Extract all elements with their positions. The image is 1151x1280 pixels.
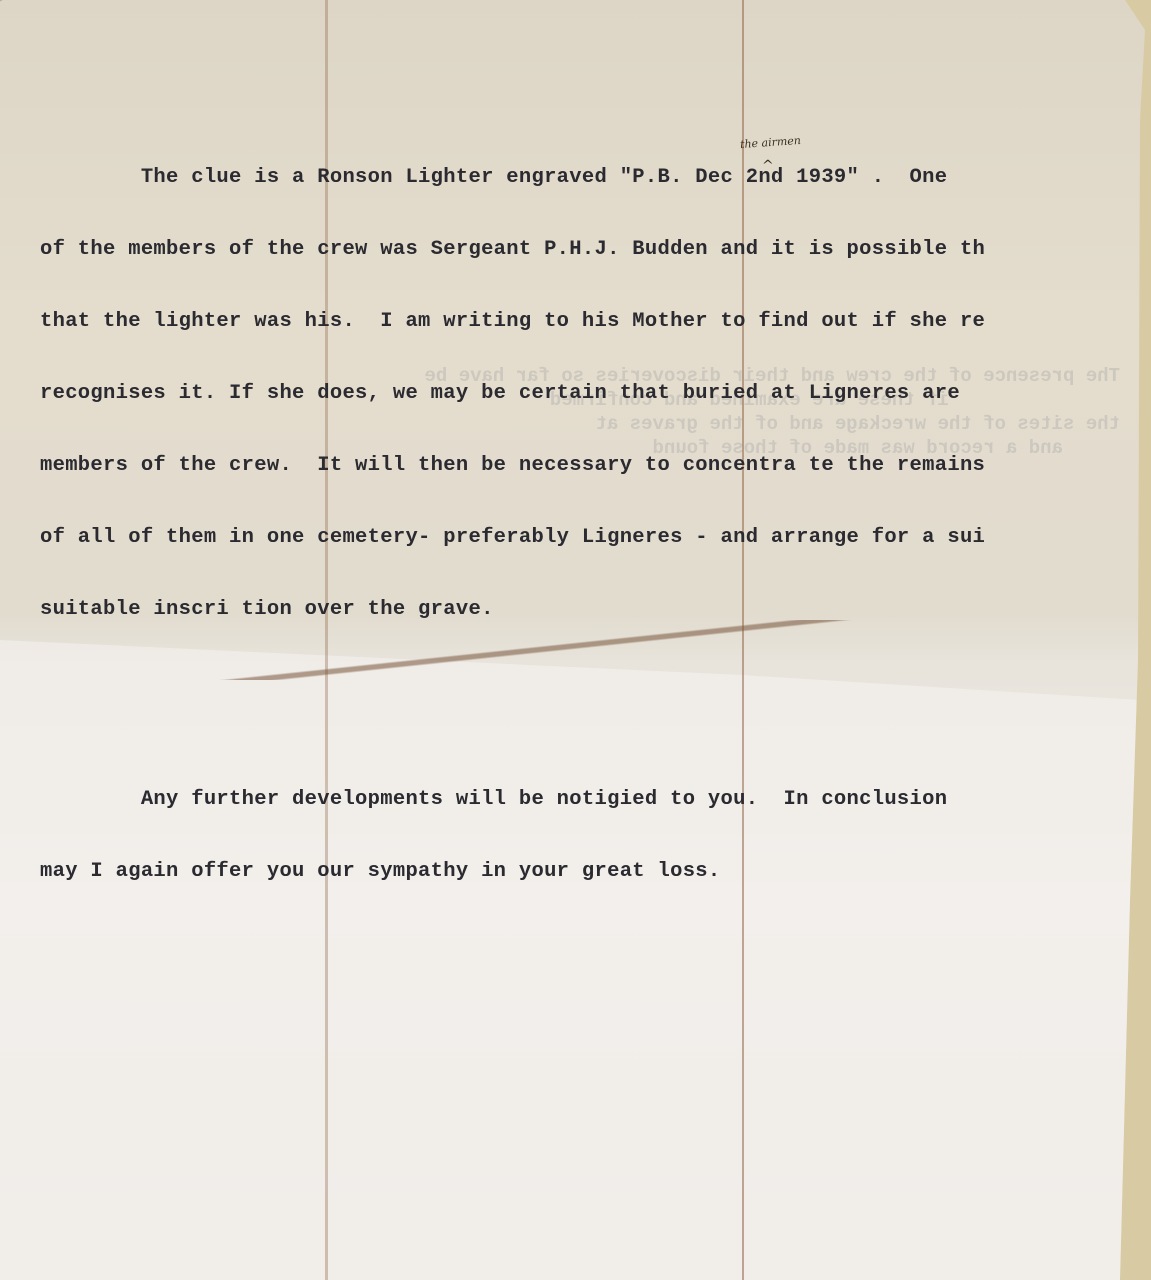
- text-line: of the members of the crew was Sergeant …: [40, 238, 1150, 262]
- text-line: may I again offer you our sympathy in yo…: [40, 860, 1150, 884]
- letter-body: The clue is a Ronson Lighter engraved "P…: [40, 70, 1150, 956]
- text-line: that the lighter was his. I am writing t…: [40, 310, 1150, 334]
- text-line: Any further developments will be notigie…: [40, 788, 1150, 812]
- text-line: members of the crew. It will then be nec…: [40, 454, 1150, 478]
- text-line: The clue is a Ronson Lighter engraved "P…: [40, 166, 1150, 190]
- text-line: suitable inscri tion over the grave.: [40, 598, 1150, 622]
- text-line: of all of them in one cemetery- preferab…: [40, 526, 1150, 550]
- text-line: recognises it. If she does, we may be ce…: [40, 382, 1150, 406]
- paragraph-1: The clue is a Ronson Lighter engraved "P…: [40, 118, 1150, 670]
- caret-mark: ^: [762, 158, 774, 174]
- corner-crease: [0, 0, 298, 12]
- paragraph-2: Any further developments will be notigie…: [40, 740, 1150, 932]
